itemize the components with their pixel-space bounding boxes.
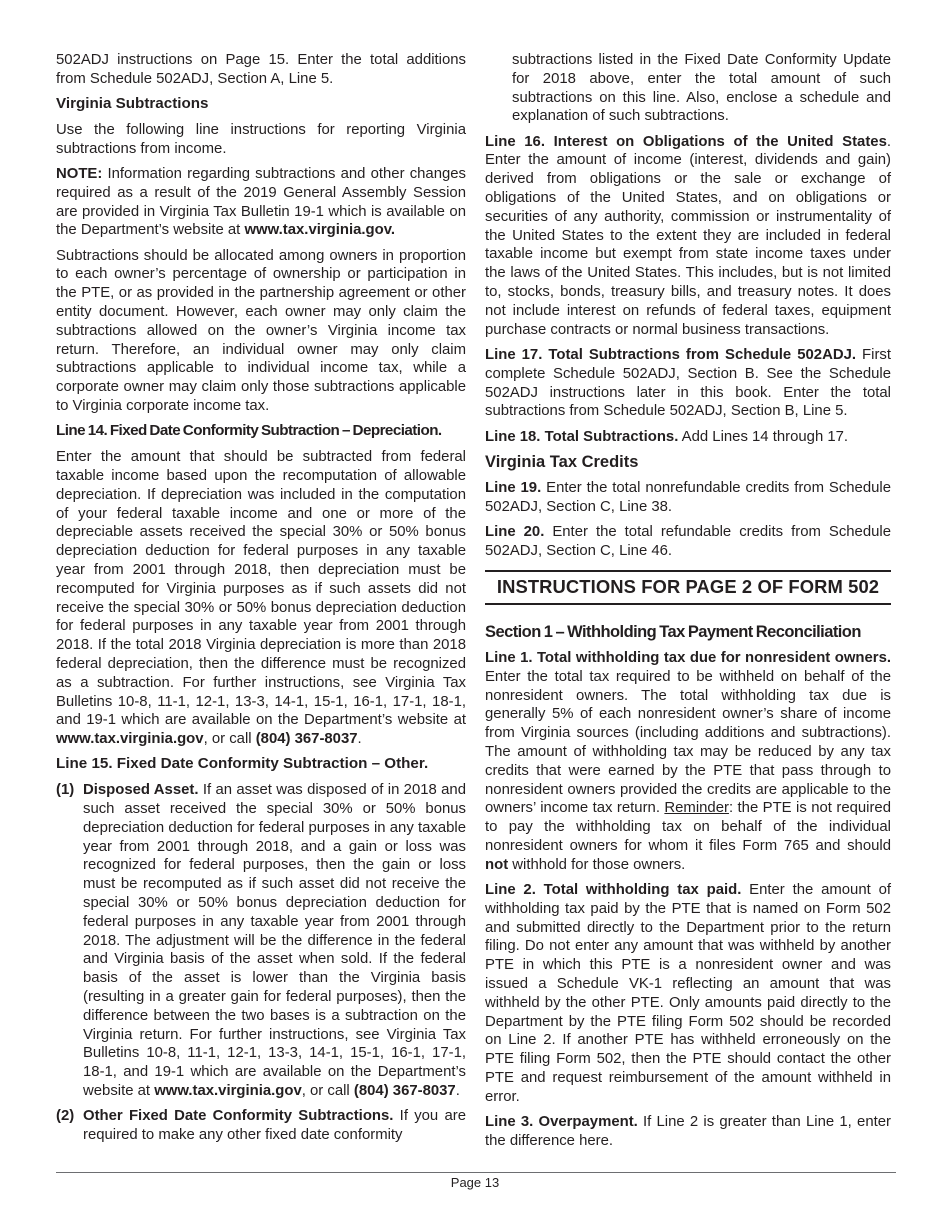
footer-divider [56, 1172, 896, 1173]
instructions-page2-banner: INSTRUCTIONS FOR PAGE 2 OF FORM 502 [485, 570, 891, 605]
line20-heading: Line 20. [485, 524, 544, 540]
website-link[interactable]: www.tax.virginia.gov [154, 1083, 302, 1099]
line17-paragraph: Line 17. Total Subtractions from Schedul… [485, 346, 891, 421]
line19-heading: Line 19. [485, 480, 541, 496]
other-subtractions-continued: subtractions listed in the Fixed Date Co… [485, 51, 891, 126]
subtractions-intro: Use the following line instructions for … [56, 121, 466, 159]
line2-heading: Line 2. Total withholding tax paid. [485, 882, 741, 898]
line3-heading: Line 3. Overpayment. [485, 1114, 638, 1130]
not-emphasis: not [485, 857, 508, 873]
line3-paragraph: Line 3. Overpayment. If Line 2 is greate… [485, 1113, 891, 1151]
line15-item-other-subtractions: (2) Other Fixed Date Conformity Subtract… [56, 1107, 466, 1145]
line15-heading: Line 15. Fixed Date Conformity Subtracti… [56, 755, 466, 774]
item-number: (2) [56, 1107, 74, 1126]
line14-text: Enter the amount that should be subtract… [56, 448, 466, 749]
heading-virginia-tax-credits: Virginia Tax Credits [485, 453, 891, 472]
phone-number: (804) 367-8037 [354, 1083, 456, 1099]
line16-heading: Line 16. Interest on Obligations of the … [485, 134, 887, 150]
item-number: (1) [56, 781, 74, 800]
page-number: Page 13 [0, 1175, 950, 1190]
reminder-label: Reminder [664, 800, 729, 816]
line1-paragraph: Line 1. Total withholding tax due for no… [485, 649, 891, 875]
line17-heading: Line 17. Total Subtractions from Schedul… [485, 347, 856, 363]
note-label: NOTE: [56, 166, 102, 182]
line14-heading: Line 14. Fixed Date Conformity Subtracti… [56, 422, 466, 441]
phone-number: (804) 367-8037 [256, 731, 358, 747]
section1-heading: Section 1 – Withholding Tax Payment Reco… [485, 623, 891, 642]
line15-item-disposed-asset: (1) Disposed Asset. If an asset was disp… [56, 781, 466, 1101]
line19-paragraph: Line 19. Enter the total nonrefundable c… [485, 479, 891, 517]
heading-virginia-subtractions: Virginia Subtractions [56, 95, 466, 114]
website-link[interactable]: www.tax.virginia.gov. [244, 222, 395, 238]
additions-continued: 502ADJ instructions on Page 15. Enter th… [56, 51, 466, 89]
note-paragraph: NOTE: Information regarding subtractions… [56, 165, 466, 240]
item-title: Disposed Asset. [83, 782, 199, 798]
line18-heading: Line 18. Total Subtractions. [485, 429, 678, 445]
line20-paragraph: Line 20. Enter the total refundable cred… [485, 523, 891, 561]
line16-paragraph: Line 16. Interest on Obligations of the … [485, 133, 891, 340]
line2-paragraph: Line 2. Total withholding tax paid. Ente… [485, 881, 891, 1107]
left-column: 502ADJ instructions on Page 15. Enter th… [56, 51, 466, 1151]
website-link[interactable]: www.tax.virginia.gov [56, 731, 204, 747]
line18-paragraph: Line 18. Total Subtractions. Add Lines 1… [485, 428, 891, 447]
allocation-paragraph: Subtractions should be allocated among o… [56, 247, 466, 416]
item-title: Other Fixed Date Conformity Subtractions… [83, 1108, 393, 1124]
line1-heading: Line 1. Total withholding tax due for no… [485, 650, 891, 666]
right-column: subtractions listed in the Fixed Date Co… [485, 51, 891, 1157]
